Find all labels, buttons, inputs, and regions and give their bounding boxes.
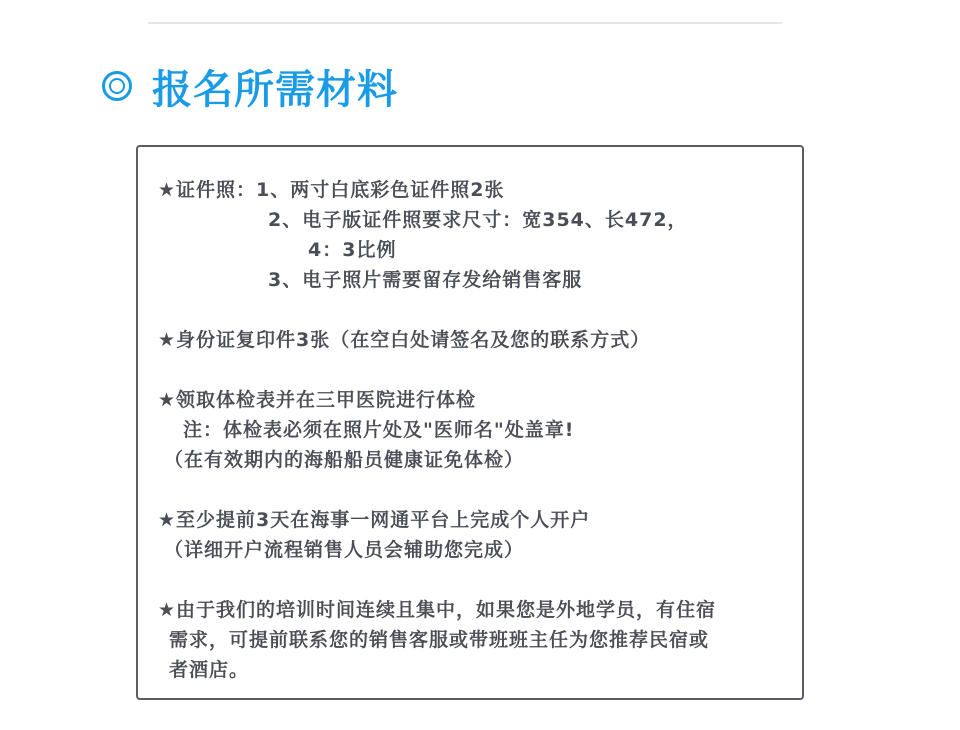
medical-exemption: （在有效期内的海船船员健康证免体检） bbox=[158, 445, 786, 475]
photo-requirement: ★证件照：1、两寸白底彩色证件照2张 bbox=[158, 175, 786, 205]
materials-content: ★证件照：1、两寸白底彩色证件照2张 2、电子版证件照要求尺寸：宽354、长47… bbox=[158, 175, 786, 685]
photo-requirement-send: 3、电子照片需要留存发给销售客服 bbox=[158, 265, 786, 295]
photo-requirement-ratio: 4：3比例 bbox=[158, 235, 786, 265]
lodging-note: ★由于我们的培训时间连续且集中，如果您是外地学员，有住宿 bbox=[158, 595, 786, 625]
lodging-note-cont: 需求，可提前联系您的销售客服或带班班主任为您推荐民宿或 bbox=[158, 625, 786, 655]
materials-box: ★证件照：1、两寸白底彩色证件照2张 2、电子版证件照要求尺寸：宽354、长47… bbox=[136, 145, 804, 700]
photo-requirement-digital-size: 2、电子版证件照要求尺寸：宽354、长472， bbox=[158, 205, 786, 235]
double-circle-icon bbox=[102, 71, 132, 101]
account-requirement: ★至少提前3天在海事一网通平台上完成个人开户 bbox=[158, 505, 786, 535]
account-note: （详细开户流程销售人员会辅助您完成） bbox=[158, 535, 786, 565]
lodging-note-end: 者酒店。 bbox=[158, 655, 786, 685]
medical-requirement: ★领取体检表并在三甲医院进行体检 bbox=[158, 385, 786, 415]
medical-note: 注：体检表必须在照片处及"医师名"处盖章! bbox=[158, 415, 786, 445]
section-header: 报名所需材料 bbox=[102, 58, 398, 114]
top-divider bbox=[148, 22, 782, 24]
section-title: 报名所需材料 bbox=[152, 58, 398, 115]
id-card-requirement: ★身份证复印件3张（在空白处请签名及您的联系方式） bbox=[158, 325, 786, 355]
